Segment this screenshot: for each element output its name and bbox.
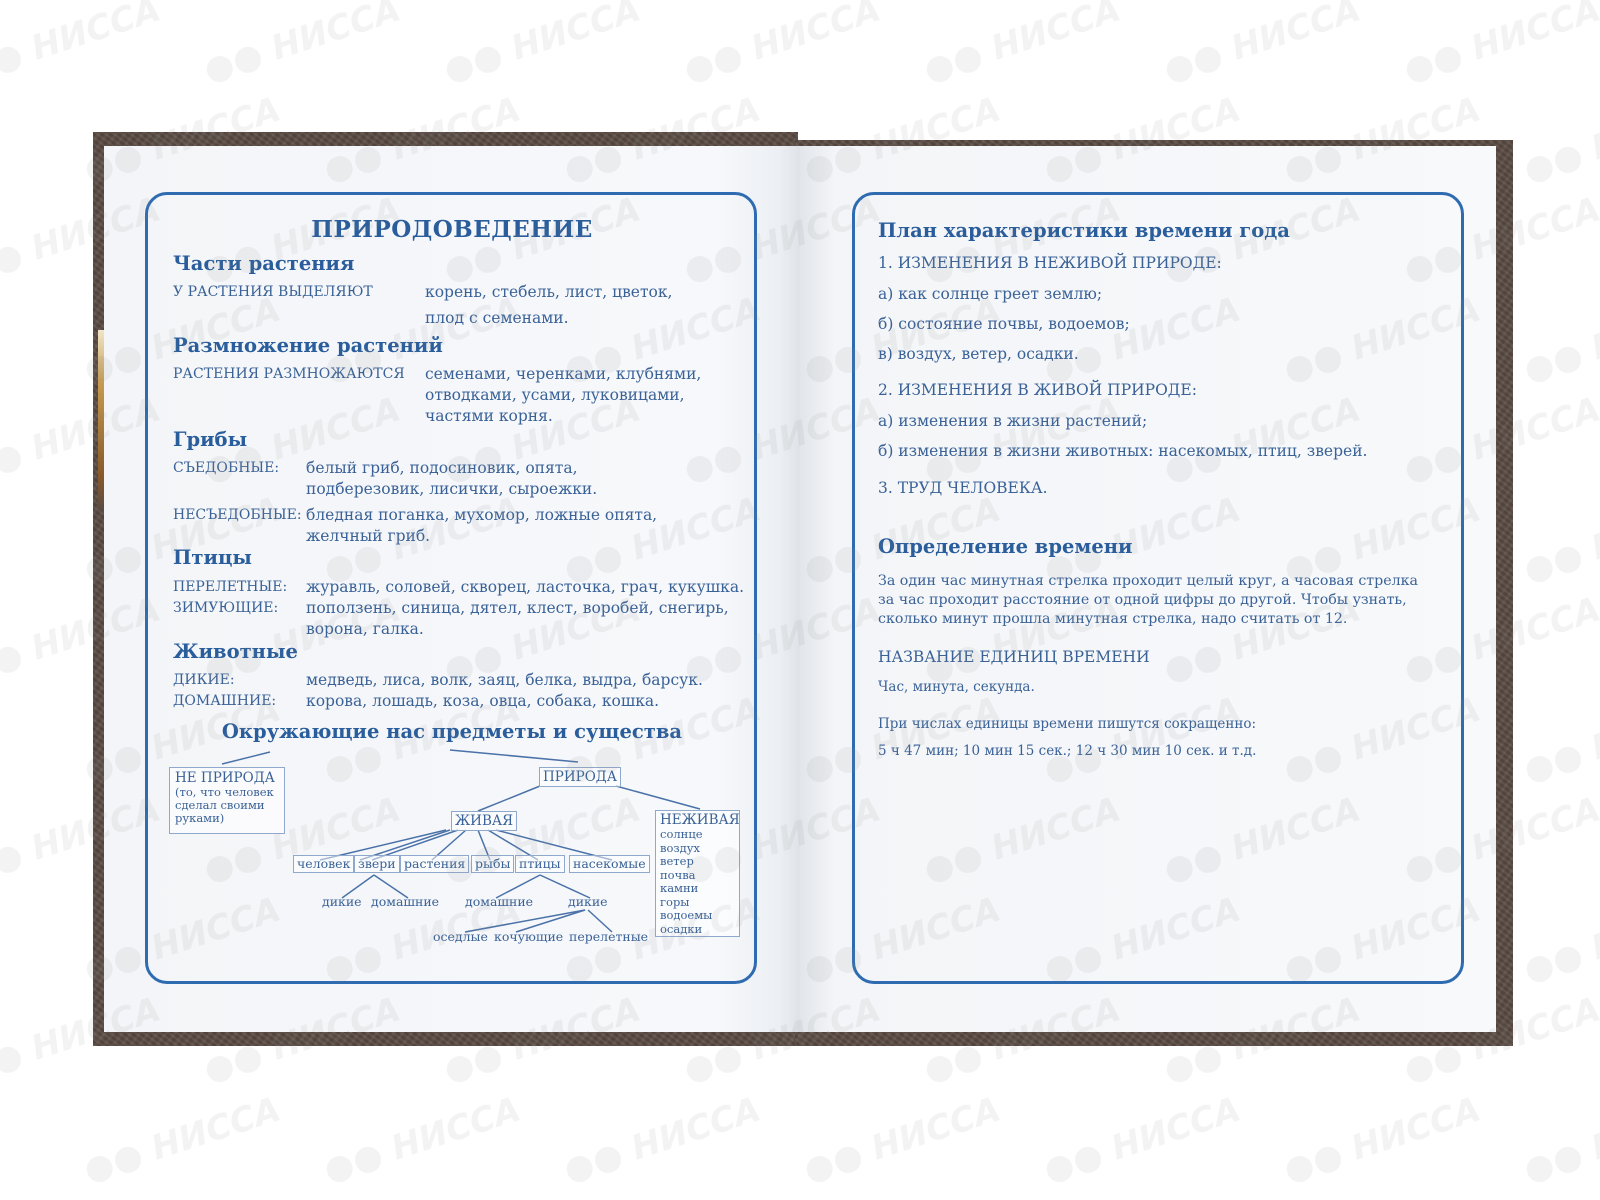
page-title: ПРИРОДОВЕДЕНИЕ — [0, 216, 904, 243]
nonliving-item: горы — [660, 896, 735, 910]
box-nature: ПРИРОДА — [539, 767, 621, 787]
plan-item: а) изменения в жизни растений; — [878, 412, 1147, 430]
plan-item: б) изменения в жизни животных: насекомых… — [878, 442, 1367, 460]
box-not-nature-title: НЕ ПРИРОДА — [175, 770, 279, 786]
plan-heading: План характеристики времени года — [878, 219, 1290, 242]
section-heading-mushrooms: Грибы — [173, 428, 247, 451]
plan-item: в) воздух, ветер, осадки. — [878, 345, 1079, 363]
time-paragraph: сколько минут прошла минутная стрелка, н… — [878, 611, 1347, 627]
nonliving-item: водоемы — [660, 909, 735, 923]
text-line: поползень, синица, дятел, клест, воробей… — [306, 599, 729, 617]
leaf-human: человек — [293, 855, 354, 873]
text-line: плод с семенами. — [425, 309, 569, 327]
sub-beasts-domestic: домашние — [371, 894, 439, 909]
box-living: ЖИВАЯ — [451, 811, 517, 831]
label-wild: ДИКИЕ: — [173, 672, 235, 688]
text-line: белый гриб, подосиновик, опята, — [306, 459, 578, 477]
nonliving-item: солнце — [660, 828, 735, 842]
section-heading-birds: Птицы — [173, 546, 252, 569]
leaf-fish: рыбы — [471, 855, 514, 873]
units-heading: НАЗВАНИЕ ЕДИНИЦ ВРЕМЕНИ — [878, 648, 1150, 666]
sub-nomadic: кочующие — [494, 929, 563, 944]
text-line: желчный гриб. — [306, 527, 430, 545]
sub-beasts-wild: дикие — [322, 894, 362, 909]
nonliving-item: почва — [660, 869, 735, 883]
sub-migratory: перелетные — [569, 929, 648, 944]
label-inedible: НЕСЪЕДОБНЫЕ: — [173, 507, 302, 523]
leaf-insects: насекомые — [569, 855, 650, 873]
sub-birds-wild: дикие — [568, 894, 608, 909]
text-line: частями корня. — [425, 407, 553, 425]
label-migratory: ПЕРЕЛЕТНЫЕ: — [173, 579, 287, 595]
box-not-nature: НЕ ПРИРОДА (то, что человек сделал своим… — [169, 767, 285, 834]
plan-item: б) состояние почвы, водоемов; — [878, 315, 1130, 333]
plan-item: 2. ИЗМЕНЕНИЯ В ЖИВОЙ ПРИРОДЕ: — [878, 381, 1197, 399]
label-wintering: ЗИМУЮЩИЕ: — [173, 600, 278, 616]
nonliving-item: воздух — [660, 842, 735, 856]
nonliving-item: ветер — [660, 855, 735, 869]
sub-sedentary: оседлые — [433, 929, 488, 944]
text-line: корень, стебель, лист, цветок, — [425, 283, 673, 301]
text-line: журавль, соловей, скворец, ласточка, гра… — [306, 578, 744, 596]
text-line: ворона, галка. — [306, 620, 424, 638]
diagram-heading: Окружающие нас предметы и существа — [0, 720, 904, 743]
plan-item: а) как солнце греет землю; — [878, 285, 1102, 303]
text-line: бледная поганка, мухомор, ложные опята, — [306, 506, 657, 524]
label-plant-reproduction: РАСТЕНИЯ РАЗМНОЖАЮТСЯ — [173, 366, 405, 382]
time-paragraph: за час проходит расстояние от одной цифр… — [878, 592, 1407, 608]
text-line: подберезовик, лисички, сыроежки. — [306, 480, 597, 498]
sub-birds-domestic: домашние — [465, 894, 533, 909]
box-nonliving: НЕЖИВАЯ солнце воздух ветер почва камни … — [655, 810, 740, 937]
text-line: медведь, лиса, волк, заяц, белка, выдра,… — [306, 671, 703, 689]
section-heading-plant-parts: Части растения — [173, 252, 354, 275]
text-line: корова, лошадь, коза, овца, собака, кошк… — [306, 692, 659, 710]
text-line: отводками, усами, луковицами, — [425, 386, 685, 404]
plan-item: 1. ИЗМЕНЕНИЯ В НЕЖИВОЙ ПРИРОДЕ: — [878, 254, 1222, 272]
abbrev-example: 5 ч 47 мин; 10 мин 15 сек.; 12 ч 30 мин … — [878, 743, 1256, 759]
nonliving-item: камни — [660, 882, 735, 896]
abbrev-note: При числах единицы времени пишутся сокра… — [878, 716, 1256, 732]
text-line: семенами, черенками, клубнями, — [425, 365, 701, 383]
section-heading-plant-reproduction: Размножение растений — [173, 334, 443, 357]
box-nonliving-title: НЕЖИВАЯ — [660, 812, 735, 828]
leaf-plants: растения — [400, 855, 469, 873]
nonliving-item: осадки — [660, 923, 735, 937]
plan-item: 3. ТРУД ЧЕЛОВЕКА. — [878, 479, 1048, 497]
time-heading: Определение времени — [878, 535, 1132, 558]
units-list: Час, минута, секунда. — [878, 679, 1035, 695]
label-plant-parts: У РАСТЕНИЯ ВЫДЕЛЯЮТ — [173, 284, 373, 300]
label-domestic: ДОМАШНИЕ: — [173, 693, 276, 709]
leaf-beasts: звери — [354, 855, 400, 873]
time-paragraph: За один час минутная стрелка проходит це… — [878, 573, 1418, 589]
leaf-birds: птицы — [515, 855, 565, 873]
label-edible: СЪЕДОБНЫЕ: — [173, 460, 279, 476]
box-not-nature-note: руками) — [175, 812, 279, 825]
section-heading-animals: Животные — [173, 640, 298, 663]
